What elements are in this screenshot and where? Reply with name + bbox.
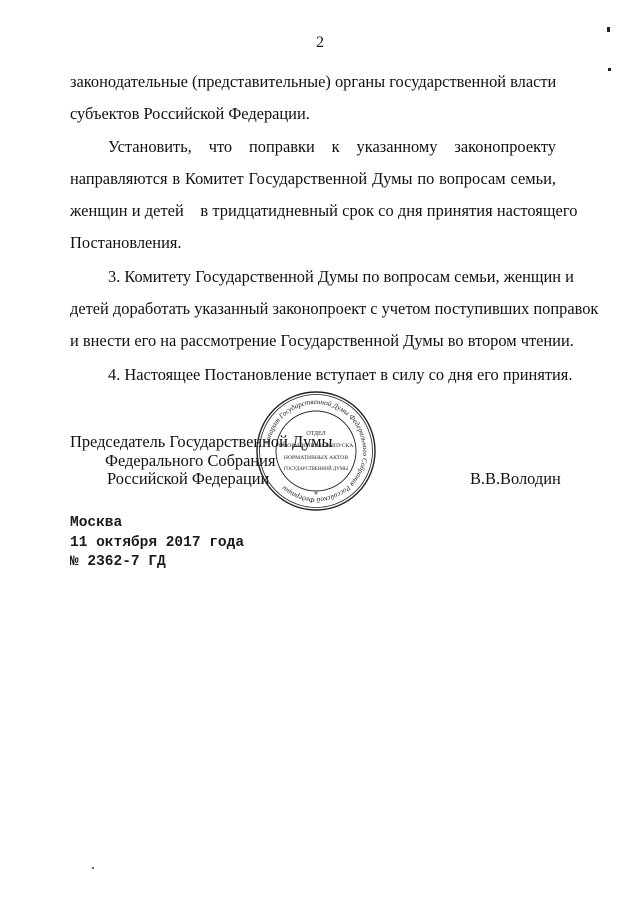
document-date: 11 октября 2017 года — [70, 533, 244, 553]
page-number: 2 — [0, 34, 640, 52]
body-line-3: Установить, что поправки к указанному за… — [70, 137, 556, 157]
stamp-center-line-3: НОРМАТИВНЫХ АКТОВ — [284, 455, 348, 461]
body-line-5: женщин и детей в тридцатидневный срок со… — [70, 201, 556, 221]
stamp-center-line-2: ОФОРМЛЕНИЯ И ВЫПУСКА — [279, 443, 354, 449]
stamp-center-line-4: ГОСУДАРСТВЕННОЙ ДУМЫ — [284, 466, 349, 472]
stamp-seal-icon: Аппарат Государственной Думы Федеральног… — [255, 390, 377, 512]
body-line-10: 4. Настоящее Постановление вступает в си… — [70, 365, 556, 385]
body-line-4: направляются в Комитет Государственной Д… — [70, 169, 556, 189]
signature-title-line-2: Федерального Собрания — [105, 451, 276, 471]
scan-mark-right — [608, 68, 611, 71]
document-number: № 2362-7 ГД — [70, 552, 166, 572]
body-line-6: Постановления. — [70, 233, 556, 253]
stamp-star: * — [314, 490, 318, 499]
body-line-8: детей доработать указанный законопроект … — [70, 299, 556, 319]
official-stamp: Аппарат Государственной Думы Федеральног… — [255, 390, 377, 512]
stamp-ring-text: Аппарат Государственной Думы Федеральног… — [263, 398, 369, 504]
signature-title-line-3: Российской Федерации — [107, 469, 269, 489]
stamp-center-line-1: ОТДЕЛ — [306, 431, 325, 437]
svg-text:Аппарат Государственной Думы Ф: Аппарат Государственной Думы Федеральног… — [263, 398, 369, 504]
body-line-9: и внести его на рассмотрение Государстве… — [70, 331, 556, 351]
body-line-2: субъектов Российской Федерации. — [70, 104, 556, 124]
body-line-1: законодательные (представительные) орган… — [70, 72, 556, 92]
scan-mark-bottom-left — [92, 867, 94, 869]
body-line-7: 3. Комитету Государственной Думы по вопр… — [70, 267, 556, 287]
signatory-name: В.В.Володин — [470, 469, 561, 489]
scan-mark-top-right — [607, 27, 610, 32]
document-city: Москва — [70, 513, 122, 533]
